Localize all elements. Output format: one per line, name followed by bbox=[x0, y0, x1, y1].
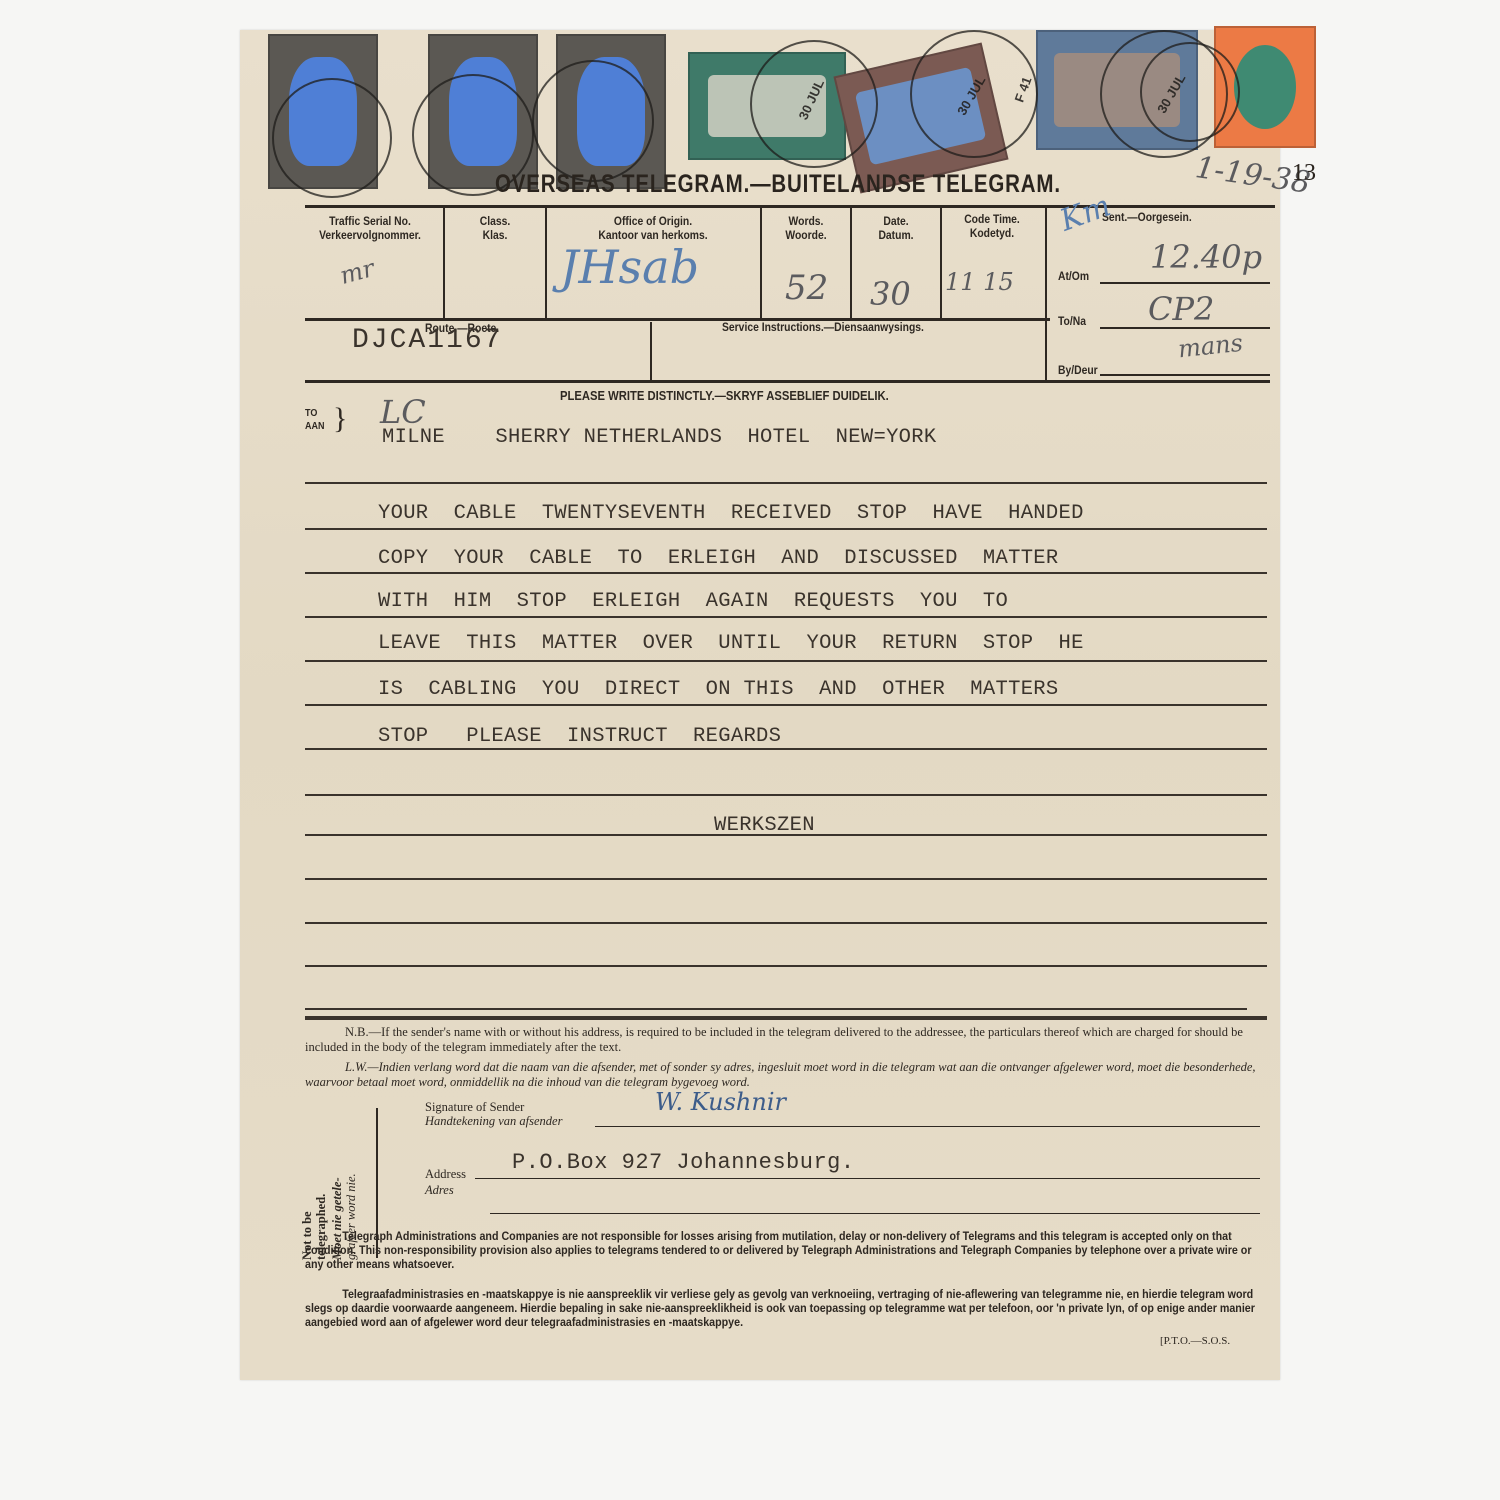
words-value: 52 bbox=[785, 268, 828, 308]
message-line: IS CABLING YOU DIRECT ON THIS AND OTHER … bbox=[378, 678, 1059, 701]
rule bbox=[850, 207, 852, 318]
rule bbox=[305, 380, 1270, 383]
address-value: P.O.Box 927 Johannesburg. bbox=[512, 1150, 855, 1175]
pto-note: [P.T.O.—S.O.S. bbox=[1160, 1334, 1230, 1349]
message-line: COPY YOUR CABLE TO ERLEIGH AND DISCUSSED… bbox=[378, 547, 1059, 570]
to-label: To/Na bbox=[1058, 315, 1086, 329]
rule bbox=[1045, 207, 1047, 380]
sent-label: Sent.—Oorgesein. bbox=[1102, 211, 1192, 225]
message-line: STOP PLEASE INSTRUCT REGARDS bbox=[378, 725, 781, 748]
rule bbox=[940, 207, 942, 318]
rule bbox=[305, 878, 1267, 880]
to-value: CP2 bbox=[1148, 290, 1214, 328]
by-label: By/Deur bbox=[1058, 364, 1098, 378]
rule bbox=[305, 482, 1267, 484]
message-line: WITH HIM STOP ERLEIGH AGAIN REQUESTS YOU… bbox=[378, 590, 1008, 613]
rule bbox=[305, 205, 1275, 208]
postmark bbox=[1140, 42, 1240, 142]
rule bbox=[760, 207, 762, 318]
at-label: At/Om bbox=[1058, 270, 1089, 284]
code-time-value: 11 15 bbox=[945, 268, 1014, 296]
form-title: OVERSEAS TELEGRAM.—BUITELANDSE TELEGRAM. bbox=[495, 170, 1061, 199]
rule bbox=[305, 794, 1267, 796]
to-label-en: TO bbox=[305, 407, 317, 421]
rule bbox=[305, 572, 1267, 574]
disclaimer-afrikaans: Telegraafadministrasies en -maatskappye … bbox=[305, 1288, 1263, 1330]
rule bbox=[443, 207, 445, 318]
rule bbox=[305, 1008, 1247, 1010]
rule bbox=[545, 207, 547, 318]
lw-note: L.W.—Indien verlang word dat die naam va… bbox=[305, 1060, 1265, 1090]
nb-note: N.B.—If the sender's name with or withou… bbox=[305, 1025, 1265, 1055]
rule bbox=[305, 318, 1050, 321]
code-time-label: Code Time. Kodetyd. bbox=[947, 213, 1037, 241]
office-origin-label: Office of Origin. Kantoor van herkoms. bbox=[558, 215, 749, 243]
rule bbox=[305, 704, 1267, 706]
date-value: 30 bbox=[870, 275, 911, 313]
traffic-serial-label: Traffic Serial No. Verkeervolgnommer. bbox=[307, 215, 433, 243]
address-label-en: Address bbox=[425, 1167, 466, 1182]
by-underline bbox=[1100, 374, 1270, 376]
rule bbox=[305, 965, 1267, 967]
signature-label-en: Signature of Sender bbox=[425, 1100, 524, 1115]
office-origin-value: JHsab bbox=[560, 240, 699, 294]
service-instructions-label: Service Instructions.—Diensaanwysings. bbox=[722, 321, 924, 335]
message-line: YOUR CABLE TWENTYSEVENTH RECEIVED STOP H… bbox=[378, 502, 1084, 525]
message-line: LEAVE THIS MATTER OVER UNTIL YOUR RETURN… bbox=[378, 632, 1084, 655]
rule bbox=[305, 922, 1267, 924]
rule bbox=[305, 616, 1267, 618]
rule bbox=[305, 1016, 1267, 1020]
page-number: 13 bbox=[1292, 160, 1316, 187]
rule bbox=[650, 322, 652, 380]
signature-label-af: Handtekening van afsender bbox=[425, 1114, 562, 1129]
write-distinctly-note: PLEASE WRITE DISTINCTLY.—SKRYF ASSEBLIEF… bbox=[560, 389, 889, 403]
at-value: 12.40p bbox=[1150, 238, 1262, 276]
at-underline bbox=[1100, 282, 1270, 284]
signature-line bbox=[595, 1126, 1260, 1127]
address-label-af: Adres bbox=[425, 1183, 454, 1198]
date-label: Date. Datum. bbox=[856, 215, 935, 243]
sender-name: WERKSZEN bbox=[714, 814, 815, 837]
rule bbox=[305, 748, 1267, 750]
class-label: Class. Klas. bbox=[450, 215, 540, 243]
route-value: DJCA1167 bbox=[352, 325, 502, 356]
rule bbox=[305, 660, 1267, 662]
postmark bbox=[272, 78, 392, 198]
address-line bbox=[475, 1178, 1260, 1179]
rule bbox=[305, 528, 1267, 530]
to-label-af: AAN bbox=[305, 420, 325, 434]
address-line-2 bbox=[490, 1213, 1260, 1214]
postmark bbox=[532, 60, 654, 182]
brace-icon: } bbox=[333, 402, 347, 436]
signature-value: W. Kushnir bbox=[655, 1088, 786, 1116]
recipient-address: MILNE SHERRY NETHERLANDS HOTEL NEW=YORK bbox=[382, 426, 937, 449]
disclaimer-english: Telegraph Administrations and Companies … bbox=[305, 1230, 1263, 1272]
words-label: Words. Woorde. bbox=[766, 215, 845, 243]
